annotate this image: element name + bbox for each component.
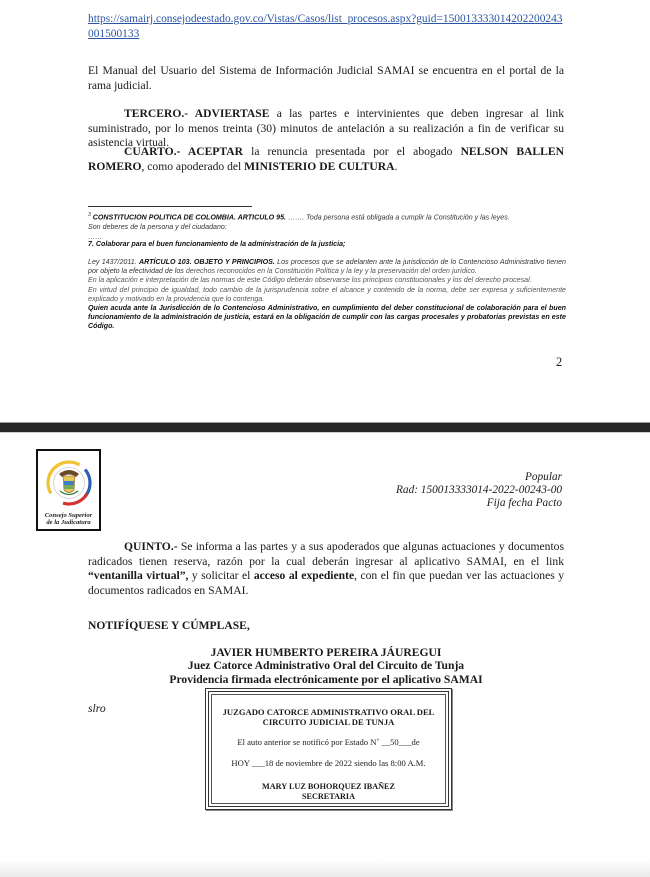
samai-process-link[interactable]: https://samairj.consejodeestado.gov.co/V… xyxy=(88,12,568,41)
ley-article-title: ARTÍCULO 103. OBJETO Y PRINCIPIOS. xyxy=(139,258,275,266)
notification-stamp: JUZGADO CATORCE ADMINISTRATIVO ORAL DEL … xyxy=(205,688,452,810)
signature-note: Providencia firmada electrónicamente por… xyxy=(88,673,564,686)
acceso-expediente-ref: acceso al expediente xyxy=(254,569,354,582)
judge-title: Juez Catorce Administrativo Oral del Cir… xyxy=(88,659,564,672)
stamp-court-line-2: CIRCUITO JUDICIAL DE TUNJA xyxy=(212,717,445,727)
page-separator xyxy=(0,422,650,433)
footnote-article-text: ……. Toda persona está obligada a cumplir… xyxy=(286,213,510,221)
quinto-label: QUINTO.- xyxy=(124,540,178,553)
ley-text-2: derechos reconocidos en la Constitución … xyxy=(186,267,477,275)
logo-caption-line-2: de la Judicatura xyxy=(38,519,99,526)
tercero-label: TERCERO.- ADVIERTASE xyxy=(124,107,269,120)
document-page-1: https://samairj.consejodeestado.gov.co/V… xyxy=(0,0,650,422)
manual-paragraph: El Manual del Usuario del Sistema de Inf… xyxy=(88,64,564,93)
footnote-constitucion: 3 CONSTITUCION POLITICA DE COLOMBIA. ART… xyxy=(88,211,566,249)
ley-prefix: Ley 1437/2011. xyxy=(88,258,139,266)
stamp-court-line-1: JUZGADO CATORCE ADMINISTRATIVO ORAL DEL xyxy=(212,707,445,717)
coat-of-arms-icon xyxy=(44,454,94,512)
footnote-divider xyxy=(88,206,252,207)
judge-name: JAVIER HUMBERTO PEREIRA JÁUREGUI xyxy=(88,646,564,659)
cuarto-text-3: . xyxy=(395,160,398,173)
footnote-mark: 3 xyxy=(88,212,91,218)
signature-block: JAVIER HUMBERTO PEREIRA JÁUREGUI Juez Ca… xyxy=(88,646,564,686)
cuarto-text-2: , como apoderado del xyxy=(141,160,244,173)
page-bottom-shadow xyxy=(0,860,650,877)
stamp-estado: El auto anterior se notificó por Estado … xyxy=(212,737,445,747)
footnote-ley-p3: En virtud del principio de igualdad, tod… xyxy=(88,286,566,304)
cuarto-paragraph: CUARTO.- ACEPTAR la renuncia presentada … xyxy=(88,145,564,174)
quinto-paragraph: QUINTO.- Se informa a las partes y a sus… xyxy=(88,540,564,598)
drafter-initials: slro xyxy=(88,702,106,715)
footnote-ley-p1: Ley 1437/2011. ARTÍCULO 103. OBJETO Y PR… xyxy=(88,258,566,276)
footnote-line-3: 7. Colaborar para el buen funcionamiento… xyxy=(88,240,566,249)
footnote-ley: Ley 1437/2011. ARTÍCULO 103. OBJETO Y PR… xyxy=(88,258,566,332)
logo-caption: Consejo Superior de la Judicatura xyxy=(38,512,99,527)
footnote-ley-p4: Quien acuda ante la Jurisdicción de lo C… xyxy=(88,304,566,332)
cuarto-label: CUARTO.- ACEPTAR xyxy=(124,145,243,158)
secretary-name: MARY LUZ BOHORQUEZ IBAÑEZ xyxy=(212,782,445,792)
cuarto-text-1: la renuncia presentada por el abogado xyxy=(243,145,461,158)
quinto-text-2: y solicitar el xyxy=(188,569,253,582)
closing-formula: NOTIFÍQUESE Y CÚMPLASE, xyxy=(88,619,250,632)
secretary-title: SECRETARIA xyxy=(212,792,445,802)
page-number: 2 xyxy=(556,355,562,370)
footnote-article-title: CONSTITUCION POLITICA DE COLOMBIA. ARTIC… xyxy=(93,213,286,221)
consejo-superior-logo: Consejo Superior de la Judicatura xyxy=(36,449,101,531)
logo-caption-line-1: Consejo Superior xyxy=(38,512,99,519)
case-header: Popular Rad: 150013333014-2022-00243-00 … xyxy=(396,471,562,511)
ventanilla-virtual-ref: “ventanilla virtual”, xyxy=(88,569,188,582)
entity-name: MINISTERIO DE CULTURA xyxy=(244,160,394,173)
stamp-date: HOY ___18 de noviembre de 2022 siendo la… xyxy=(212,758,445,768)
footnote-line-2: Son deberes de la persona y del ciudadan… xyxy=(88,223,566,232)
footnote-line-1: 3 CONSTITUCION POLITICA DE COLOMBIA. ART… xyxy=(88,211,566,223)
stamp-content: JUZGADO CATORCE ADMINISTRATIVO ORAL DEL … xyxy=(211,694,446,804)
case-type: Popular xyxy=(396,471,562,484)
stamp-secretary: MARY LUZ BOHORQUEZ IBAÑEZ SECRETARIA xyxy=(212,782,445,802)
case-subject: Fija fecha Pacto xyxy=(396,497,562,510)
case-radicado: Rad: 150013333014-2022-00243-00 xyxy=(396,484,562,497)
stamp-court: JUZGADO CATORCE ADMINISTRATIVO ORAL DEL … xyxy=(212,707,445,727)
footnote-ley-p2: En la aplicación e interpretación de las… xyxy=(88,276,566,285)
